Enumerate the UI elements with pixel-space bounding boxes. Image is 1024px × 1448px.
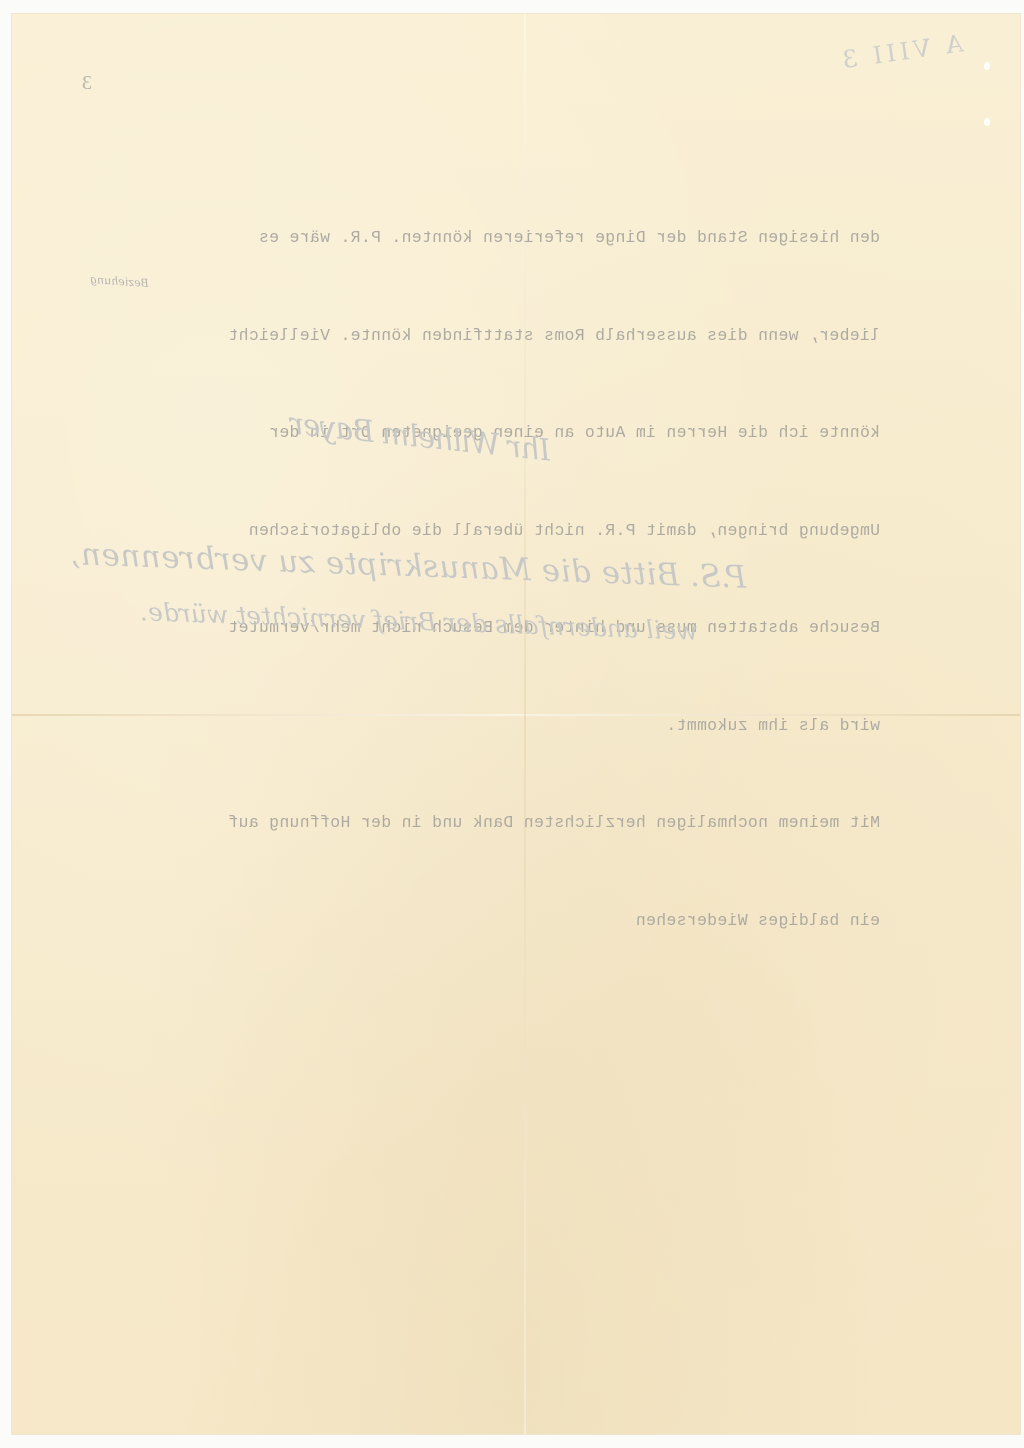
- typed-line: den hiesigen Stand der Dinge referieren …: [50, 222, 880, 255]
- typed-line: lieber, wenn dies ausserhalb Roms stattf…: [50, 320, 880, 353]
- punch-hole-bottom: [984, 118, 990, 126]
- typed-line: ein baldiges Wiedersehen: [50, 905, 880, 938]
- punch-hole-top: [984, 62, 990, 70]
- typed-line: Mit meinem nochmaligen herzlichsten Dank…: [50, 807, 880, 840]
- typed-line: wird als ihm zukommt.: [50, 710, 880, 743]
- page-number: 3: [82, 72, 92, 95]
